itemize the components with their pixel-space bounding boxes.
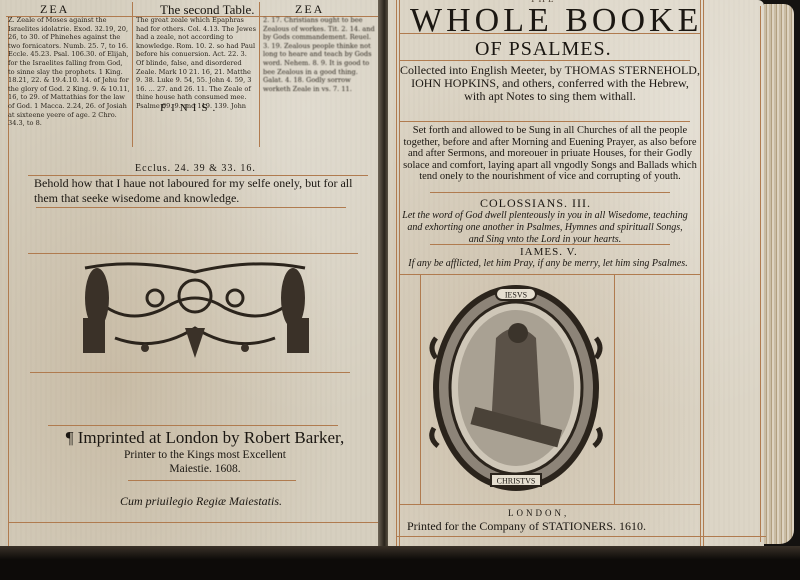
imprint-line-3: Maiestie. 1608. — [55, 462, 355, 476]
rule — [396, 536, 766, 537]
imprint-line-1: ¶ Imprinted at London by Robert Barker, — [55, 428, 355, 448]
rule — [400, 60, 690, 61]
table-background — [0, 546, 800, 580]
rule — [28, 253, 358, 254]
colossians-text: Let the word of God dwell plenteously in… — [400, 210, 690, 246]
rule — [128, 480, 296, 481]
text-column-3: 2. 17. Christians ought to bee Zealous o… — [263, 16, 375, 93]
london-label: LONDON, — [508, 508, 569, 518]
rule — [430, 244, 670, 245]
collected-by-text: Collected into English Meeter, by THOMAS… — [400, 64, 700, 103]
james-text: If any be afflicted, let him Pray, if an… — [403, 258, 693, 269]
epigraph-reference: Ecclus. 24. 39 & 33. 16. — [135, 163, 256, 174]
border-rule — [614, 274, 615, 504]
imprint-line-2: Printer to the Kings most Excellent — [55, 448, 355, 462]
woodcut-top-label: IESVS — [505, 291, 527, 300]
column-head-right: ZEA — [295, 2, 324, 17]
rule — [430, 192, 670, 193]
rule — [8, 522, 378, 523]
column-divider — [132, 2, 133, 147]
rule — [30, 372, 350, 373]
rule — [400, 33, 700, 34]
imprint-block: ¶ Imprinted at London by Robert Barker, … — [55, 428, 355, 476]
colossians-reference: COLOSSIANS. III. — [480, 196, 591, 211]
woodcut-bottom-label: CHRISTVS — [497, 477, 536, 486]
border-rule — [420, 274, 421, 504]
column-divider — [259, 2, 260, 147]
woodcut-ornament-icon — [75, 258, 315, 363]
border-rule — [396, 0, 397, 548]
rule — [400, 504, 700, 505]
left-page: ZEA The second Table. ZEA Z. Zeale of Mo… — [0, 0, 384, 548]
rule — [48, 425, 338, 426]
privilege-line: Cum priuilegio Regiæ Maiestatis. — [120, 494, 282, 509]
border-rule — [703, 0, 704, 548]
column-head-left: ZEA — [40, 2, 69, 17]
james-reference: IAMES. V. — [520, 246, 578, 258]
text-column-1: Z. Zeale of Moses against the Israelites… — [8, 16, 130, 128]
title-line-2: OF PSALMES. — [475, 38, 612, 61]
printed-for-line: Printed for the Company of STATIONERS. 1… — [407, 519, 646, 534]
epigraph-text: Behold how that I haue not laboured for … — [34, 176, 364, 206]
text-column-2: The great zeale which Epaphras had for o… — [136, 16, 256, 111]
border-rule — [700, 0, 701, 548]
border-rule — [760, 6, 761, 542]
finis-label: FINIS. — [160, 102, 220, 114]
rule — [400, 274, 700, 275]
rule — [36, 207, 346, 208]
rule — [400, 121, 690, 122]
jesus-christus-woodcut-icon: IESVS CHRISTVS — [426, 278, 606, 498]
page-edges — [764, 4, 794, 544]
set-forth-text: Set forth and allowed to be Sung in all … — [400, 125, 700, 183]
